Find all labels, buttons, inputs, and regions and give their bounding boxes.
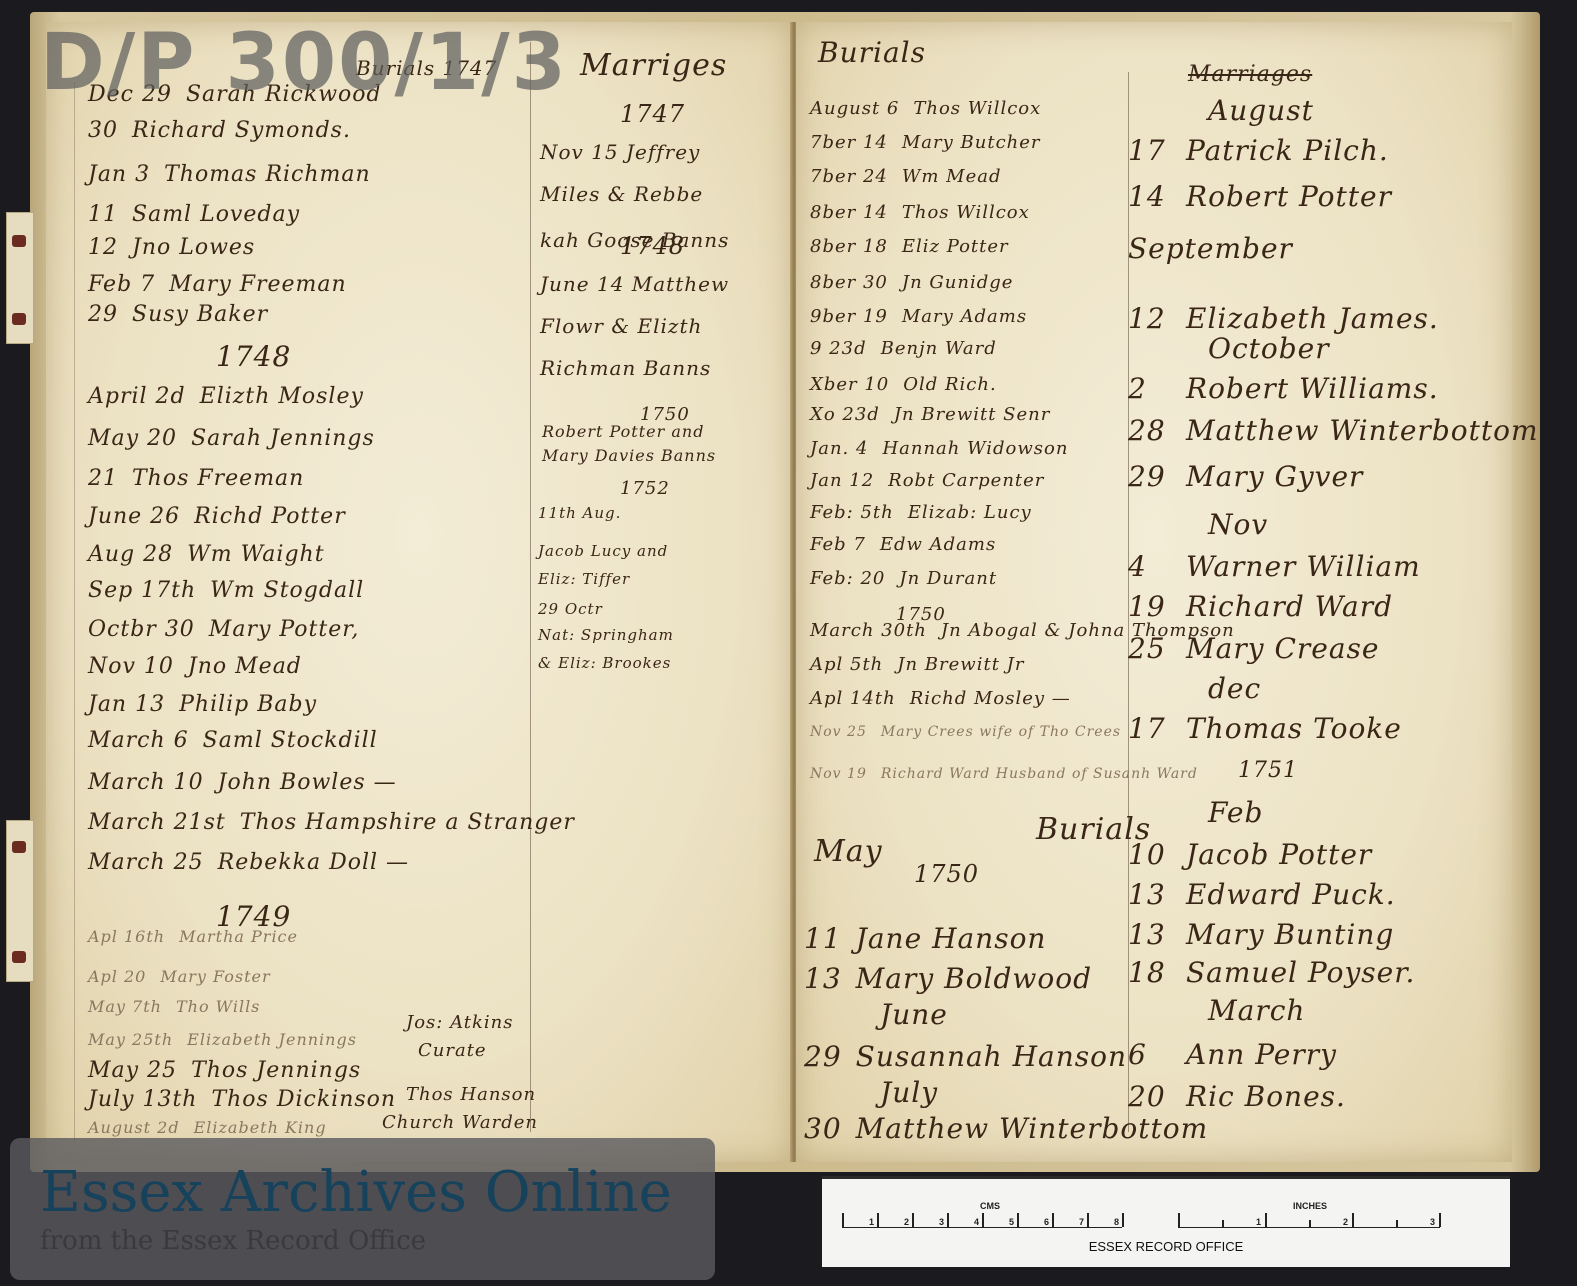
right-marriages-column: Marriages August17Patrick Pilch.14Robert… (1128, 22, 1512, 1162)
burial-entry: 13Mary Boldwood (804, 962, 1092, 995)
marriage-entry: 20Ric Bones. (1128, 1080, 1346, 1113)
entry-date: Sep 17th (88, 578, 196, 603)
month-heading: March (1208, 994, 1305, 1027)
column-header: Burials (818, 36, 926, 69)
entry-date: 9ber 19 (810, 306, 888, 327)
cms-label: CMS (980, 1201, 1000, 1211)
entry-date: Xber 10 (810, 374, 889, 395)
entry-name: Mary Freeman (169, 272, 347, 297)
ruler-number: 1 (869, 1217, 874, 1227)
ruler-half-tick (1309, 1220, 1311, 1227)
watermark-subtitle: from the Essex Record Office (40, 1226, 426, 1256)
ruler-tick (1017, 1213, 1019, 1227)
entry-date: May 20 (88, 426, 177, 451)
entry-name: Thos Willcox (913, 98, 1041, 119)
entry-date: 13 (804, 962, 842, 995)
marriage-entry: 12Elizabeth James. (1128, 302, 1439, 335)
reference-stamp: D/P 300/1/3 (40, 18, 568, 108)
entry-name: Elizabeth James. (1186, 302, 1439, 335)
burial-entry: 9 23dBenjn Ward (810, 338, 997, 359)
entry-date: Apl 16th (88, 927, 165, 946)
entry-date: Octbr 30 (88, 617, 195, 642)
entry-date: Aug 28 (88, 542, 173, 567)
entry-name: Robert Potter (1186, 180, 1392, 213)
marriage-entry: 4Warner William (1128, 550, 1421, 583)
signature-role: Curate (418, 1040, 487, 1061)
marriage-entry: 29 Octr (538, 600, 603, 618)
marriage-entry: Jacob Lucy and (538, 542, 668, 560)
entry-name: Martha Price (179, 927, 298, 946)
entry-name: July (880, 1076, 938, 1109)
month-label: May (814, 834, 883, 869)
burial-entry: Aug 28Wm Waight (88, 542, 325, 567)
ruler-half-tick (1396, 1220, 1398, 1227)
right-burials-column: Burials Burials May 1750 August 6Thos Wi… (796, 22, 1128, 1162)
entry-name: John Bowles — (218, 770, 397, 795)
marriage-entry: Eliz: Tiffer (538, 570, 630, 588)
entry-name: Mary Butcher (902, 132, 1041, 153)
marriage-entry: 2Robert Williams. (1128, 372, 1439, 405)
entry-date: 10 (1128, 838, 1172, 871)
burial-entry: 30Richard Symonds. (88, 118, 351, 143)
marriage-entry: 28Matthew Winterbottom (1128, 414, 1539, 447)
stitch-icon (12, 313, 26, 325)
entry-date: 12 (1128, 302, 1172, 335)
entry-date: 11 (804, 922, 842, 955)
burial-entry: 8ber 14Thos Willcox (810, 202, 1030, 223)
entry-date: Nov 25 (810, 724, 867, 740)
entry-name: Warner William (1186, 550, 1421, 583)
watermark-title: Essex Archives Online (40, 1160, 672, 1225)
inches-scale: INCHES 123 (1178, 1213, 1440, 1228)
year-heading: 1748 (620, 232, 685, 260)
ruler-half-tick (1222, 1220, 1224, 1227)
marriage-entry: June 14 Matthew (540, 272, 729, 296)
binding-tab-lower (6, 820, 34, 982)
marriage-entry: 13Edward Puck. (1128, 878, 1396, 911)
entry-date: Jan 3 (88, 162, 150, 187)
burial-entry: Apl 14thRichd Mosley — (810, 688, 1071, 709)
entry-name: Robert Williams. (1186, 372, 1439, 405)
entry-name: Edw Adams (880, 534, 996, 555)
entry-date: 29 (88, 302, 118, 327)
ruler-number: 2 (1343, 1217, 1348, 1227)
entry-date: March 21st (88, 810, 226, 835)
ruler-number: 5 (1009, 1217, 1014, 1227)
burial-entry: Feb: 20Jn Durant (810, 568, 997, 589)
entry-name: Mary Crees wife of Tho Crees (881, 724, 1121, 740)
entry-name: Eliz Potter (902, 236, 1009, 257)
marriage-entry: 29Mary Gyver (1128, 460, 1363, 493)
entry-date: 7ber 14 (810, 132, 888, 153)
entry-name: Jno Mead (188, 654, 302, 679)
ruler-tick (877, 1213, 879, 1227)
entry-name: Jn Durant (899, 568, 997, 589)
signature-name: Thos Hanson (406, 1084, 536, 1105)
stitch-icon (12, 951, 26, 963)
entry-name: Jn Brewitt Senr (894, 404, 1051, 425)
marriage-entry: 18Samuel Poyser. (1128, 956, 1415, 989)
ruler-number: 3 (939, 1217, 944, 1227)
entry-date: Jan. 4 (810, 438, 868, 459)
year-heading: 1748 (216, 340, 291, 373)
entry-name: Wm Waight (187, 542, 324, 567)
ruler-tick (1178, 1213, 1180, 1227)
marriage-entry: 17Thomas Tooke (1128, 712, 1402, 745)
entry-date: 29 (804, 1040, 842, 1073)
entry-name: Jane Hanson (856, 922, 1047, 955)
left-page: Burials 1747 Dec 29Sarah Rickwood30Richa… (46, 22, 792, 1162)
entry-name: Susannah Hanson (856, 1040, 1127, 1073)
year-heading: 1751 (1238, 758, 1298, 783)
entry-date: April 2d (88, 384, 186, 409)
burial-entry: 21Thos Freeman (88, 466, 304, 491)
burial-entry: July 13thThos Dickinson (88, 1087, 396, 1112)
entry-name: Sarah Jennings (191, 426, 375, 451)
entry-name: Elizabeth King (194, 1118, 327, 1137)
burial-entry: Jan. 4Hannah Widowson (810, 438, 1068, 459)
entry-date: Jan 13 (88, 692, 165, 717)
entry-date: May 25th (88, 1030, 173, 1049)
column-header-struck: Marriages (1188, 62, 1312, 87)
entry-date: 19 (1128, 590, 1172, 623)
inches-label: INCHES (1293, 1201, 1327, 1211)
entry-date: 25 (1128, 632, 1172, 665)
entry-name: Thos Freeman (132, 466, 304, 491)
entry-name: Jn Gunidge (902, 272, 1014, 293)
entry-date: Apl 5th (810, 654, 883, 675)
entry-name: June (880, 998, 948, 1031)
burial-entry: May 25Thos Jennings (88, 1058, 361, 1083)
column-header: Marriges (580, 48, 727, 83)
entry-name: Matthew Winterbottom (1186, 414, 1539, 447)
entry-name: Rebekka Doll — (218, 850, 409, 875)
burial-entry: Jan 13Philip Baby (88, 692, 317, 717)
burial-entry: Apl 16thMartha Price (88, 927, 298, 946)
entry-date: August 2d (88, 1118, 180, 1137)
marriage-entry: 6Ann Perry (1128, 1038, 1337, 1071)
entry-date: Apl 14th (810, 688, 896, 709)
year-heading: 1747 (620, 100, 685, 128)
marriage-entry: 13Mary Bunting (1128, 918, 1394, 951)
ruler-tick (1052, 1213, 1054, 1227)
entry-name: Ric Bones. (1186, 1080, 1346, 1113)
ruler-number: 6 (1044, 1217, 1049, 1227)
ruler-number: 7 (1079, 1217, 1084, 1227)
entry-name: Thomas Tooke (1186, 712, 1402, 745)
marriage-entry: 10Jacob Potter (1128, 838, 1372, 871)
entry-date: 18 (1128, 956, 1172, 989)
entry-name: Thos Jennings (191, 1058, 361, 1083)
entry-date: 13 (1128, 878, 1172, 911)
scale-ruler: CMS 12345678 INCHES 123 ESSEX RECORD OFF… (822, 1176, 1510, 1267)
entry-name: Jacob Potter (1186, 838, 1372, 871)
month-heading: August (1208, 94, 1314, 127)
signature-role: Church Warden (382, 1112, 538, 1133)
month-heading: Feb (1208, 796, 1263, 829)
entry-name: Mary Potter, (209, 617, 360, 642)
left-marriages-column: Marriges 1747Nov 15 JeffreyMiles & Rebbe… (530, 22, 792, 1162)
entry-date: Feb 7 (88, 272, 155, 297)
ruler-number: 2 (904, 1217, 909, 1227)
entry-date: 7ber 24 (810, 166, 888, 187)
burial-entry: August 2dElizabeth King (88, 1118, 327, 1137)
entry-date: 29 (1128, 460, 1172, 493)
burial-entry: Feb: 5thElizab: Lucy (810, 502, 1032, 523)
ruler-number: 8 (1114, 1217, 1119, 1227)
month-heading: October (1208, 332, 1330, 365)
marriage-entry: 17Patrick Pilch. (1128, 134, 1389, 167)
entry-date: May 25 (88, 1058, 177, 1083)
burial-entry: Nov 25Mary Crees wife of Tho Crees (810, 724, 1121, 740)
essex-archives-watermark: Essex Archives Online from the Essex Rec… (10, 1138, 715, 1280)
ruler-tick (982, 1213, 984, 1227)
burial-entry: August 6Thos Willcox (810, 98, 1041, 119)
burial-entry: Jan 12Robt Carpenter (810, 470, 1044, 491)
month-heading: July (880, 1076, 938, 1109)
burial-entry: May 20Sarah Jennings (88, 426, 375, 451)
burial-entry: 7ber 14Mary Butcher (810, 132, 1041, 153)
entry-name: Thos Willcox (902, 202, 1030, 223)
year-heading: 1752 (620, 478, 670, 499)
marriage-entry: Robert Potter and (542, 422, 704, 441)
burial-entry: May 7thTho Wills (88, 997, 260, 1016)
entry-date: 20 (1128, 1080, 1172, 1113)
ruler-tick (1439, 1213, 1441, 1227)
entry-name: Old Rich. (903, 374, 996, 395)
signature-name: Jos: Atkins (406, 1012, 514, 1033)
entry-name: Mary Boldwood (856, 962, 1092, 995)
burial-entry: Feb 7Mary Freeman (88, 272, 347, 297)
entry-name: Mary Bunting (1186, 918, 1394, 951)
entry-date: Apl 20 (88, 967, 146, 986)
entry-date: August 6 (810, 98, 899, 119)
burial-entry: May 25thElizabeth Jennings (88, 1030, 357, 1049)
entry-name: Jn Brewitt Jr (897, 654, 1024, 675)
marriage-entry: 14Robert Potter (1128, 180, 1392, 213)
entry-date: Nov 19 (810, 766, 867, 782)
month-heading: June (880, 998, 948, 1031)
month-heading: dec (1208, 672, 1261, 705)
entry-date: 14 (1128, 180, 1172, 213)
marriage-entry: Nat: Springham (538, 626, 674, 644)
burial-entry: Sep 17thWm Stogdall (88, 578, 364, 603)
entry-date: June 26 (88, 504, 180, 529)
burial-entry: Apl 20Mary Foster (88, 967, 271, 986)
ruler-tick (1265, 1213, 1267, 1227)
burial-entry: Jan 3Thomas Richman (88, 162, 371, 187)
entry-date: March 6 (88, 728, 189, 753)
entry-date: Xo 23d (810, 404, 880, 425)
burial-entry: Xo 23dJn Brewitt Senr (810, 404, 1050, 425)
entry-date: 30 (804, 1112, 842, 1145)
entry-date: 2 (1128, 372, 1172, 405)
entry-name: Susy Baker (132, 302, 268, 327)
marriage-entry: Flowr & Elizth (540, 314, 702, 338)
burial-entry: 29Susy Baker (88, 302, 268, 327)
marriage-entry: 19Richard Ward (1128, 590, 1393, 623)
entry-name: Richard Ward (1186, 590, 1393, 623)
burial-entry: Octbr 30Mary Potter, (88, 617, 359, 642)
left-burials-column: Burials 1747 Dec 29Sarah Rickwood30Richa… (46, 22, 530, 1162)
entry-date: Nov 10 (88, 654, 174, 679)
entry-date: March 30th (810, 620, 927, 641)
entry-name: Mary Crease (1186, 632, 1379, 665)
cm-scale: CMS 12345678 (842, 1213, 1122, 1228)
entry-name: Saml Loveday (132, 202, 300, 227)
burial-entry: 11Saml Loveday (88, 202, 300, 227)
entry-name: Ann Perry (1186, 1038, 1337, 1071)
burial-entry: 12Jno Lowes (88, 235, 255, 260)
burial-entry: 9ber 19Mary Adams (810, 306, 1027, 327)
entry-date: 13 (1128, 918, 1172, 951)
entry-date: 8ber 30 (810, 272, 888, 293)
burial-entry: March 21stThos Hampshire a Stranger (88, 810, 575, 835)
binding-tab-upper (6, 212, 34, 344)
entry-date: 8ber 14 (810, 202, 888, 223)
entry-date: 11 (88, 202, 118, 227)
entry-name: Philip Baby (179, 692, 317, 717)
marriage-entry: 25Mary Crease (1128, 632, 1379, 665)
burial-entry: 11Jane Hanson (804, 922, 1046, 955)
entry-date: 4 (1128, 550, 1172, 583)
ruler-tick (947, 1213, 949, 1227)
entry-date: 17 (1128, 712, 1172, 745)
marriage-entry: Mary Davies Banns (542, 446, 716, 465)
marriage-entry: Nov 15 Jeffrey (540, 140, 700, 164)
entry-name: Mary Foster (160, 967, 270, 986)
entry-name: Richard Symonds. (132, 118, 351, 143)
ruler-tick (1352, 1213, 1354, 1227)
stitch-icon (12, 841, 26, 853)
marriage-entry: Miles & Rebbe (540, 182, 703, 206)
entry-date: 8ber 18 (810, 236, 888, 257)
entry-name: Patrick Pilch. (1186, 134, 1389, 167)
entry-name: Robt Carpenter (888, 470, 1044, 491)
ruler-tick (1122, 1213, 1124, 1227)
entry-date: 9 23d (810, 338, 867, 359)
entry-date: Jan 12 (810, 470, 874, 491)
entry-date: 12 (88, 235, 118, 260)
month-heading: September (1128, 232, 1293, 265)
burial-entry: April 2dElizth Mosley (88, 384, 364, 409)
entry-name: Mary Gyver (1186, 460, 1363, 493)
entry-name: Mary Adams (902, 306, 1027, 327)
burial-entry: 7ber 24Wm Mead (810, 166, 1002, 187)
burial-entry: Apl 5thJn Brewitt Jr (810, 654, 1024, 675)
entry-name: Samuel Poyser. (1186, 956, 1415, 989)
entry-date: Feb: 20 (810, 568, 885, 589)
record-office-label: ESSEX RECORD OFFICE (822, 1239, 1510, 1254)
marriage-entry: Richman Banns (540, 356, 711, 380)
entry-name: Hannah Widowson (882, 438, 1068, 459)
entry-name: Elizab: Lucy (908, 502, 1032, 523)
marriage-entry: 11th Aug. (538, 504, 621, 522)
burial-entry: 29Susannah Hanson (804, 1040, 1127, 1073)
ruler-number: 4 (974, 1217, 979, 1227)
entry-name: Wm Stogdall (210, 578, 364, 603)
entry-name: Tho Wills (176, 997, 260, 1016)
ruler-number: 3 (1430, 1217, 1435, 1227)
ruler-tick (912, 1213, 914, 1227)
entry-date: 6 (1128, 1038, 1172, 1071)
burial-entry: June 26Richd Potter (88, 504, 346, 529)
entry-date: March 25 (88, 850, 204, 875)
burial-entry: Nov 10Jno Mead (88, 654, 302, 679)
month-heading: Nov (1208, 508, 1268, 541)
right-page: Burials Burials May 1750 August 6Thos Wi… (796, 22, 1512, 1162)
entry-name: Elizabeth Jennings (187, 1030, 357, 1049)
burial-entry: 8ber 18Eliz Potter (810, 236, 1009, 257)
burial-entry: 8ber 30Jn Gunidge (810, 272, 1013, 293)
entry-date: May 7th (88, 997, 162, 1016)
entry-name: Edward Puck. (1186, 878, 1396, 911)
entry-name: Elizth Mosley (200, 384, 364, 409)
entry-date: 17 (1128, 134, 1172, 167)
burial-entry: March 25Rebekka Doll — (88, 850, 409, 875)
entry-name: Richd Potter (194, 504, 346, 529)
entry-date: 28 (1128, 414, 1172, 447)
entry-name: Richd Mosley — (910, 688, 1071, 709)
entry-date: 30 (88, 118, 118, 143)
burial-entry: March 10John Bowles — (88, 770, 397, 795)
entry-name: Thomas Richman (164, 162, 371, 187)
entry-date: March 10 (88, 770, 204, 795)
entry-name: Wm Mead (902, 166, 1002, 187)
entry-date: Feb: 5th (810, 502, 894, 523)
year-label: 1750 (914, 860, 979, 888)
entry-date: July 13th (88, 1087, 197, 1112)
entry-date: 21 (88, 466, 118, 491)
entry-name: Saml Stockdill (203, 728, 378, 753)
entry-date: Feb 7 (810, 534, 866, 555)
stitch-icon (12, 235, 26, 247)
marriage-entry: & Eliz: Brookes (538, 654, 671, 672)
ruler-number: 1 (1256, 1217, 1261, 1227)
entry-name: Thos Dickinson (211, 1087, 396, 1112)
ruler-tick (842, 1213, 844, 1227)
burial-entry: March 6Saml Stockdill (88, 728, 378, 753)
entry-name: Thos Hampshire a Stranger (240, 810, 575, 835)
burial-entry: Feb 7Edw Adams (810, 534, 996, 555)
entry-name: Jno Lowes (132, 235, 255, 260)
entry-name: 1748 (216, 340, 291, 373)
burial-entry: Xber 10Old Rich. (810, 374, 997, 395)
entry-name: Benjn Ward (881, 338, 997, 359)
ruler-tick (1087, 1213, 1089, 1227)
